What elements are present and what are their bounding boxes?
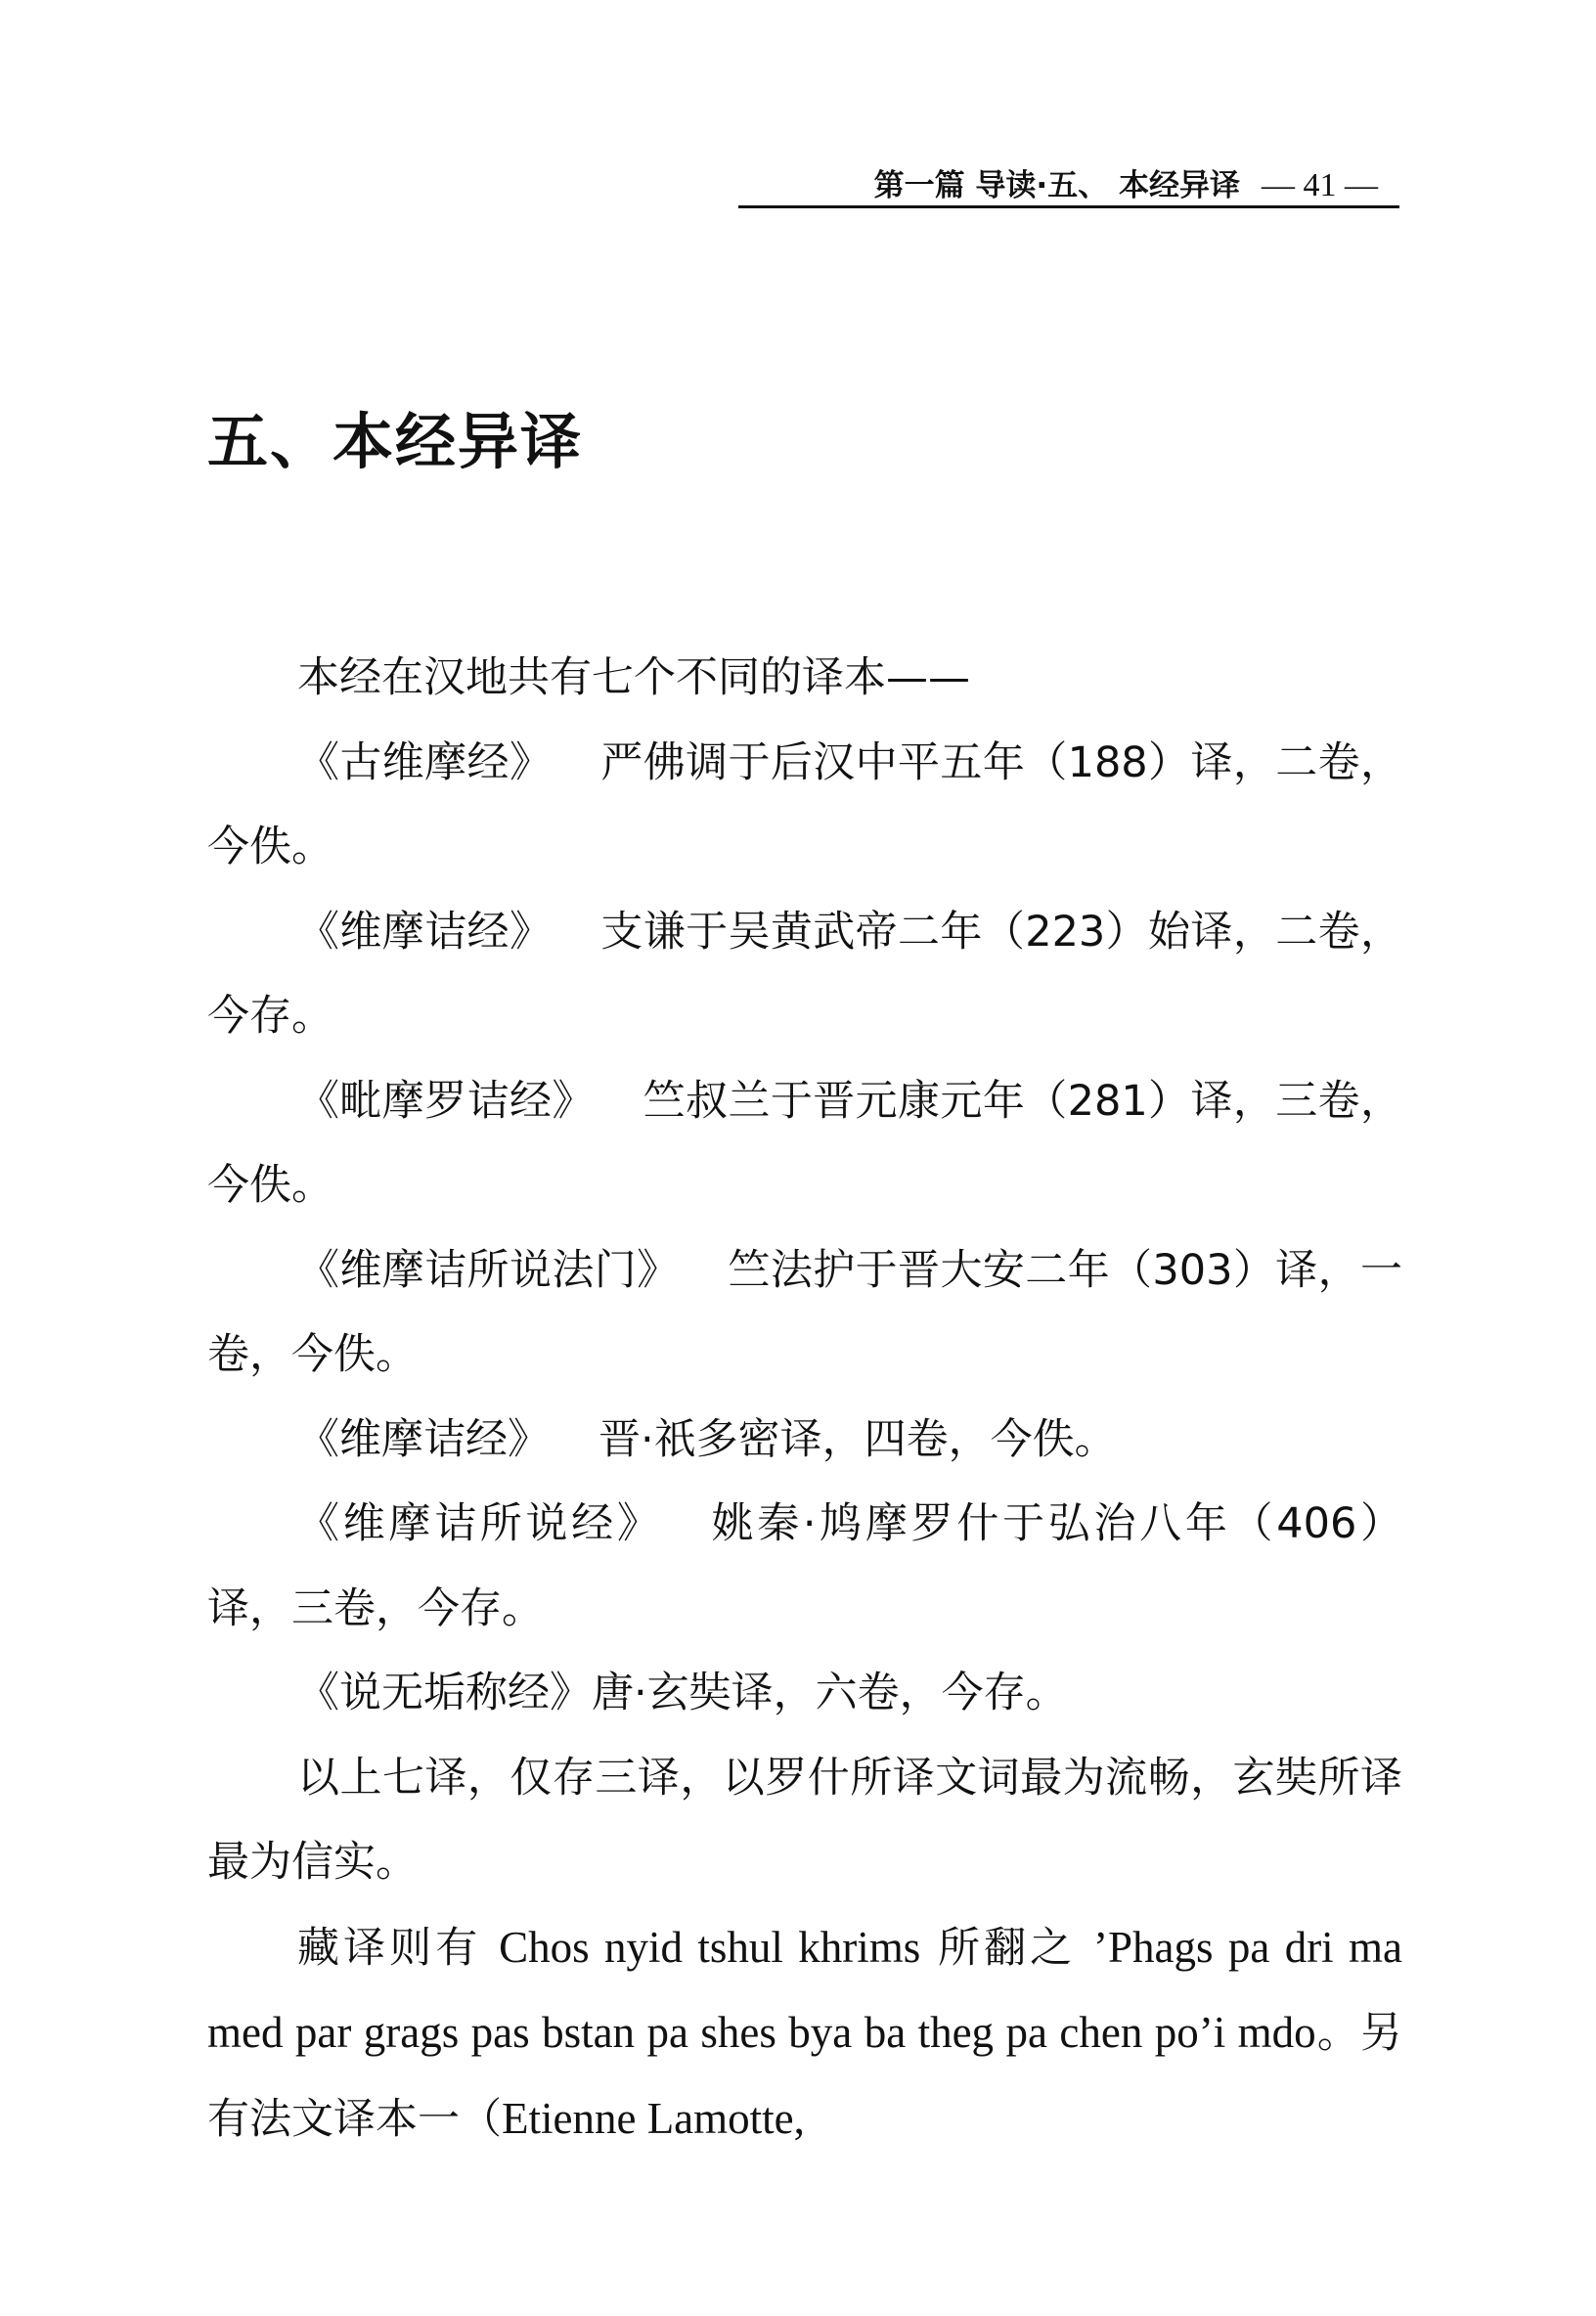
tibetan-mid: 所翻之 bbox=[920, 1924, 1093, 1973]
translator-name: Chos nyid tshul khrims bbox=[499, 1923, 920, 1972]
translation-entry-7: 《说无垢称经》唐·玄奘译，六卷，今存。 bbox=[207, 1651, 1402, 1736]
translation-entry-2: 《维摩诘经》支谦于吴黄武帝二年（223）始译，二卷，今存。 bbox=[207, 890, 1402, 1059]
book-description: 晋·祇多密译，四卷，今佚。 bbox=[598, 1415, 1117, 1464]
section-title: 五、本经异译 bbox=[207, 403, 583, 481]
body-text: 本经在汉地共有七个不同的译本—— 《古维摩经》严佛调于后汉中平五年（188）译，… bbox=[207, 636, 1402, 2161]
book-title: 《维摩诘所说法门》 bbox=[297, 1246, 680, 1295]
header-section: 导读·五、 bbox=[975, 166, 1108, 205]
translation-entry-3: 《毗摩罗诘经》竺叔兰于晋元康元年（281）译，三卷，今佚。 bbox=[207, 1059, 1402, 1228]
book-title: 《维摩诘所说经》 bbox=[297, 1499, 663, 1548]
book-title: 《维摩诘经》 bbox=[297, 908, 552, 957]
book-title: 《说无垢称经》 bbox=[297, 1669, 592, 1717]
book-title: 《维摩诘经》 bbox=[297, 1415, 550, 1464]
translation-entry-5: 《维摩诘经》晋·祇多密译，四卷，今佚。 bbox=[207, 1398, 1402, 1483]
tibetan-lead: 藏译则有 bbox=[297, 1924, 499, 1973]
summary-paragraph: 以上七译，仅存三译，以罗什所译文词最为流畅，玄奘所译最为信实。 bbox=[207, 1736, 1402, 1905]
book-title: 《毗摩罗诘经》 bbox=[297, 1077, 595, 1126]
header-part: 第一篇 bbox=[874, 166, 965, 205]
translation-entry-4: 《维摩诘所说法门》竺法护于晋大安二年（303）译，一卷，今佚。 bbox=[207, 1228, 1402, 1398]
translation-entry-1: 《古维摩经》严佛调于后汉中平五年（188）译，二卷，今佚。 bbox=[207, 721, 1402, 890]
page-number: — 41 — bbox=[1262, 166, 1378, 205]
tibetan-paragraph: 藏译则有 Chos nyid tshul khrims 所翻之 ’Phags p… bbox=[207, 1905, 1402, 2162]
translation-entry-6: 《维摩诘所说经》姚秦·鸠摩罗什于弘治八年（406）译，三卷，今存。 bbox=[207, 1482, 1402, 1651]
intro-paragraph: 本经在汉地共有七个不同的译本—— bbox=[207, 636, 1402, 721]
header-topic: 本经异译 bbox=[1119, 166, 1240, 205]
running-header: 第一篇 导读·五、 本经异译 — 41 — bbox=[738, 162, 1399, 208]
book-title: 《古维摩经》 bbox=[297, 738, 552, 787]
book-description: 唐·玄奘译，六卷，今存。 bbox=[592, 1669, 1068, 1717]
french-author: Etienne Lamotte, bbox=[502, 2094, 805, 2143]
